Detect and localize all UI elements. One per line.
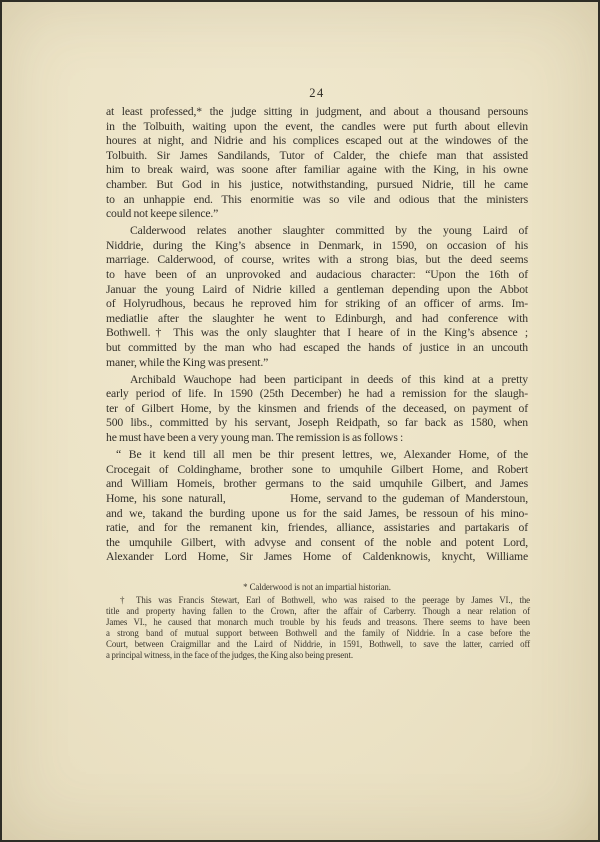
footnote-dagger: † This was Francis Stewart, Earl of Both… xyxy=(106,595,530,660)
text-line: “ Be it kend till all men be thir presen… xyxy=(106,448,528,463)
text-line: chamber. But God in his justice, notwith… xyxy=(106,178,528,193)
text-line: him to break waird, was soone after fami… xyxy=(106,163,528,178)
text-line: marriage. Calderwood, of course, writes … xyxy=(106,253,528,268)
page-number: 24 xyxy=(106,86,528,101)
text-line: to an unhappie end. This enormitie was s… xyxy=(106,193,528,208)
text-line: mediatlie after the slaughter he went to… xyxy=(106,312,528,327)
text-line: but committed by the man who had escaped… xyxy=(106,341,528,356)
text-line: Archibald Wauchope had been participant … xyxy=(106,373,528,388)
footnote-asterisk: * Calderwood is not an impartial histori… xyxy=(106,582,528,592)
text-line: Januar the young Laird of Nidrie killed … xyxy=(106,283,528,298)
text-line: Niddrie, during the King’s absence in De… xyxy=(106,239,528,254)
paragraph: “ Be it kend till all men be thir presen… xyxy=(106,448,528,565)
text-line: and William Homeis, brother germans to t… xyxy=(106,477,528,492)
text-line: houres at night, and Nidrie and his comp… xyxy=(106,134,528,149)
paragraph: at least professed,* the judge sitting i… xyxy=(106,105,528,222)
text-line: he must have been a very young man. The … xyxy=(106,431,528,446)
text-line: in the Tolbuith, waiting upon the event,… xyxy=(106,120,528,135)
text-line: Crocegait of Coldinghame, brother sone t… xyxy=(106,463,528,478)
text-line: ratie, and for the remanent kin, friende… xyxy=(106,521,528,536)
text-line: maner, while the King was present.” xyxy=(106,356,528,371)
text-line: a principal witness, in the face of the … xyxy=(106,650,530,661)
text-line: could not keepe silence.” xyxy=(106,207,528,222)
text-line: of Holyrudhous, becaus he reproved him f… xyxy=(106,297,528,312)
text-line: the umquhile Gilbert, with advyse and co… xyxy=(106,536,528,551)
text-line: title and property having fallen to the … xyxy=(106,606,530,617)
text-line: 500 libs., committed by his servant, Jos… xyxy=(106,416,528,431)
text-line: Alexander Lord Home, Sir James Home of C… xyxy=(106,550,528,565)
text-line: a strong band of mutual support between … xyxy=(106,628,530,639)
text-line: to have been of an unprovoked and audaci… xyxy=(106,268,528,283)
text-line: at least professed,* the judge sitting i… xyxy=(106,105,528,120)
book-page: 24 at least professed,* the judge sittin… xyxy=(0,0,600,842)
text-line: Bothwell.† This was the only slaughter t… xyxy=(106,326,528,341)
text-line: † This was Francis Stewart, Earl of Both… xyxy=(106,595,530,606)
text-line: Calderwood relates another slaughter com… xyxy=(106,224,528,239)
paragraph: Archibald Wauchope had been participant … xyxy=(106,373,528,446)
text-line: early period of life. In 1590 (25th Dece… xyxy=(106,387,528,402)
text-line: James VI., he caused that monarch much t… xyxy=(106,617,530,628)
text-line: Court, between Craigmillar and the Laird… xyxy=(106,639,530,650)
body-text: at least professed,* the judge sitting i… xyxy=(106,105,528,565)
text-line: Tolbuith. Sir James Sandilands, Tutor of… xyxy=(106,149,528,164)
text-line: ter of Gilbert Home, by the kinsmen and … xyxy=(106,402,528,417)
paragraph: Calderwood relates another slaughter com… xyxy=(106,224,528,370)
text-line: Home, his sone naturall, Home, servand t… xyxy=(106,492,528,507)
text-line: and we, takand the burding upone us for … xyxy=(106,507,528,522)
